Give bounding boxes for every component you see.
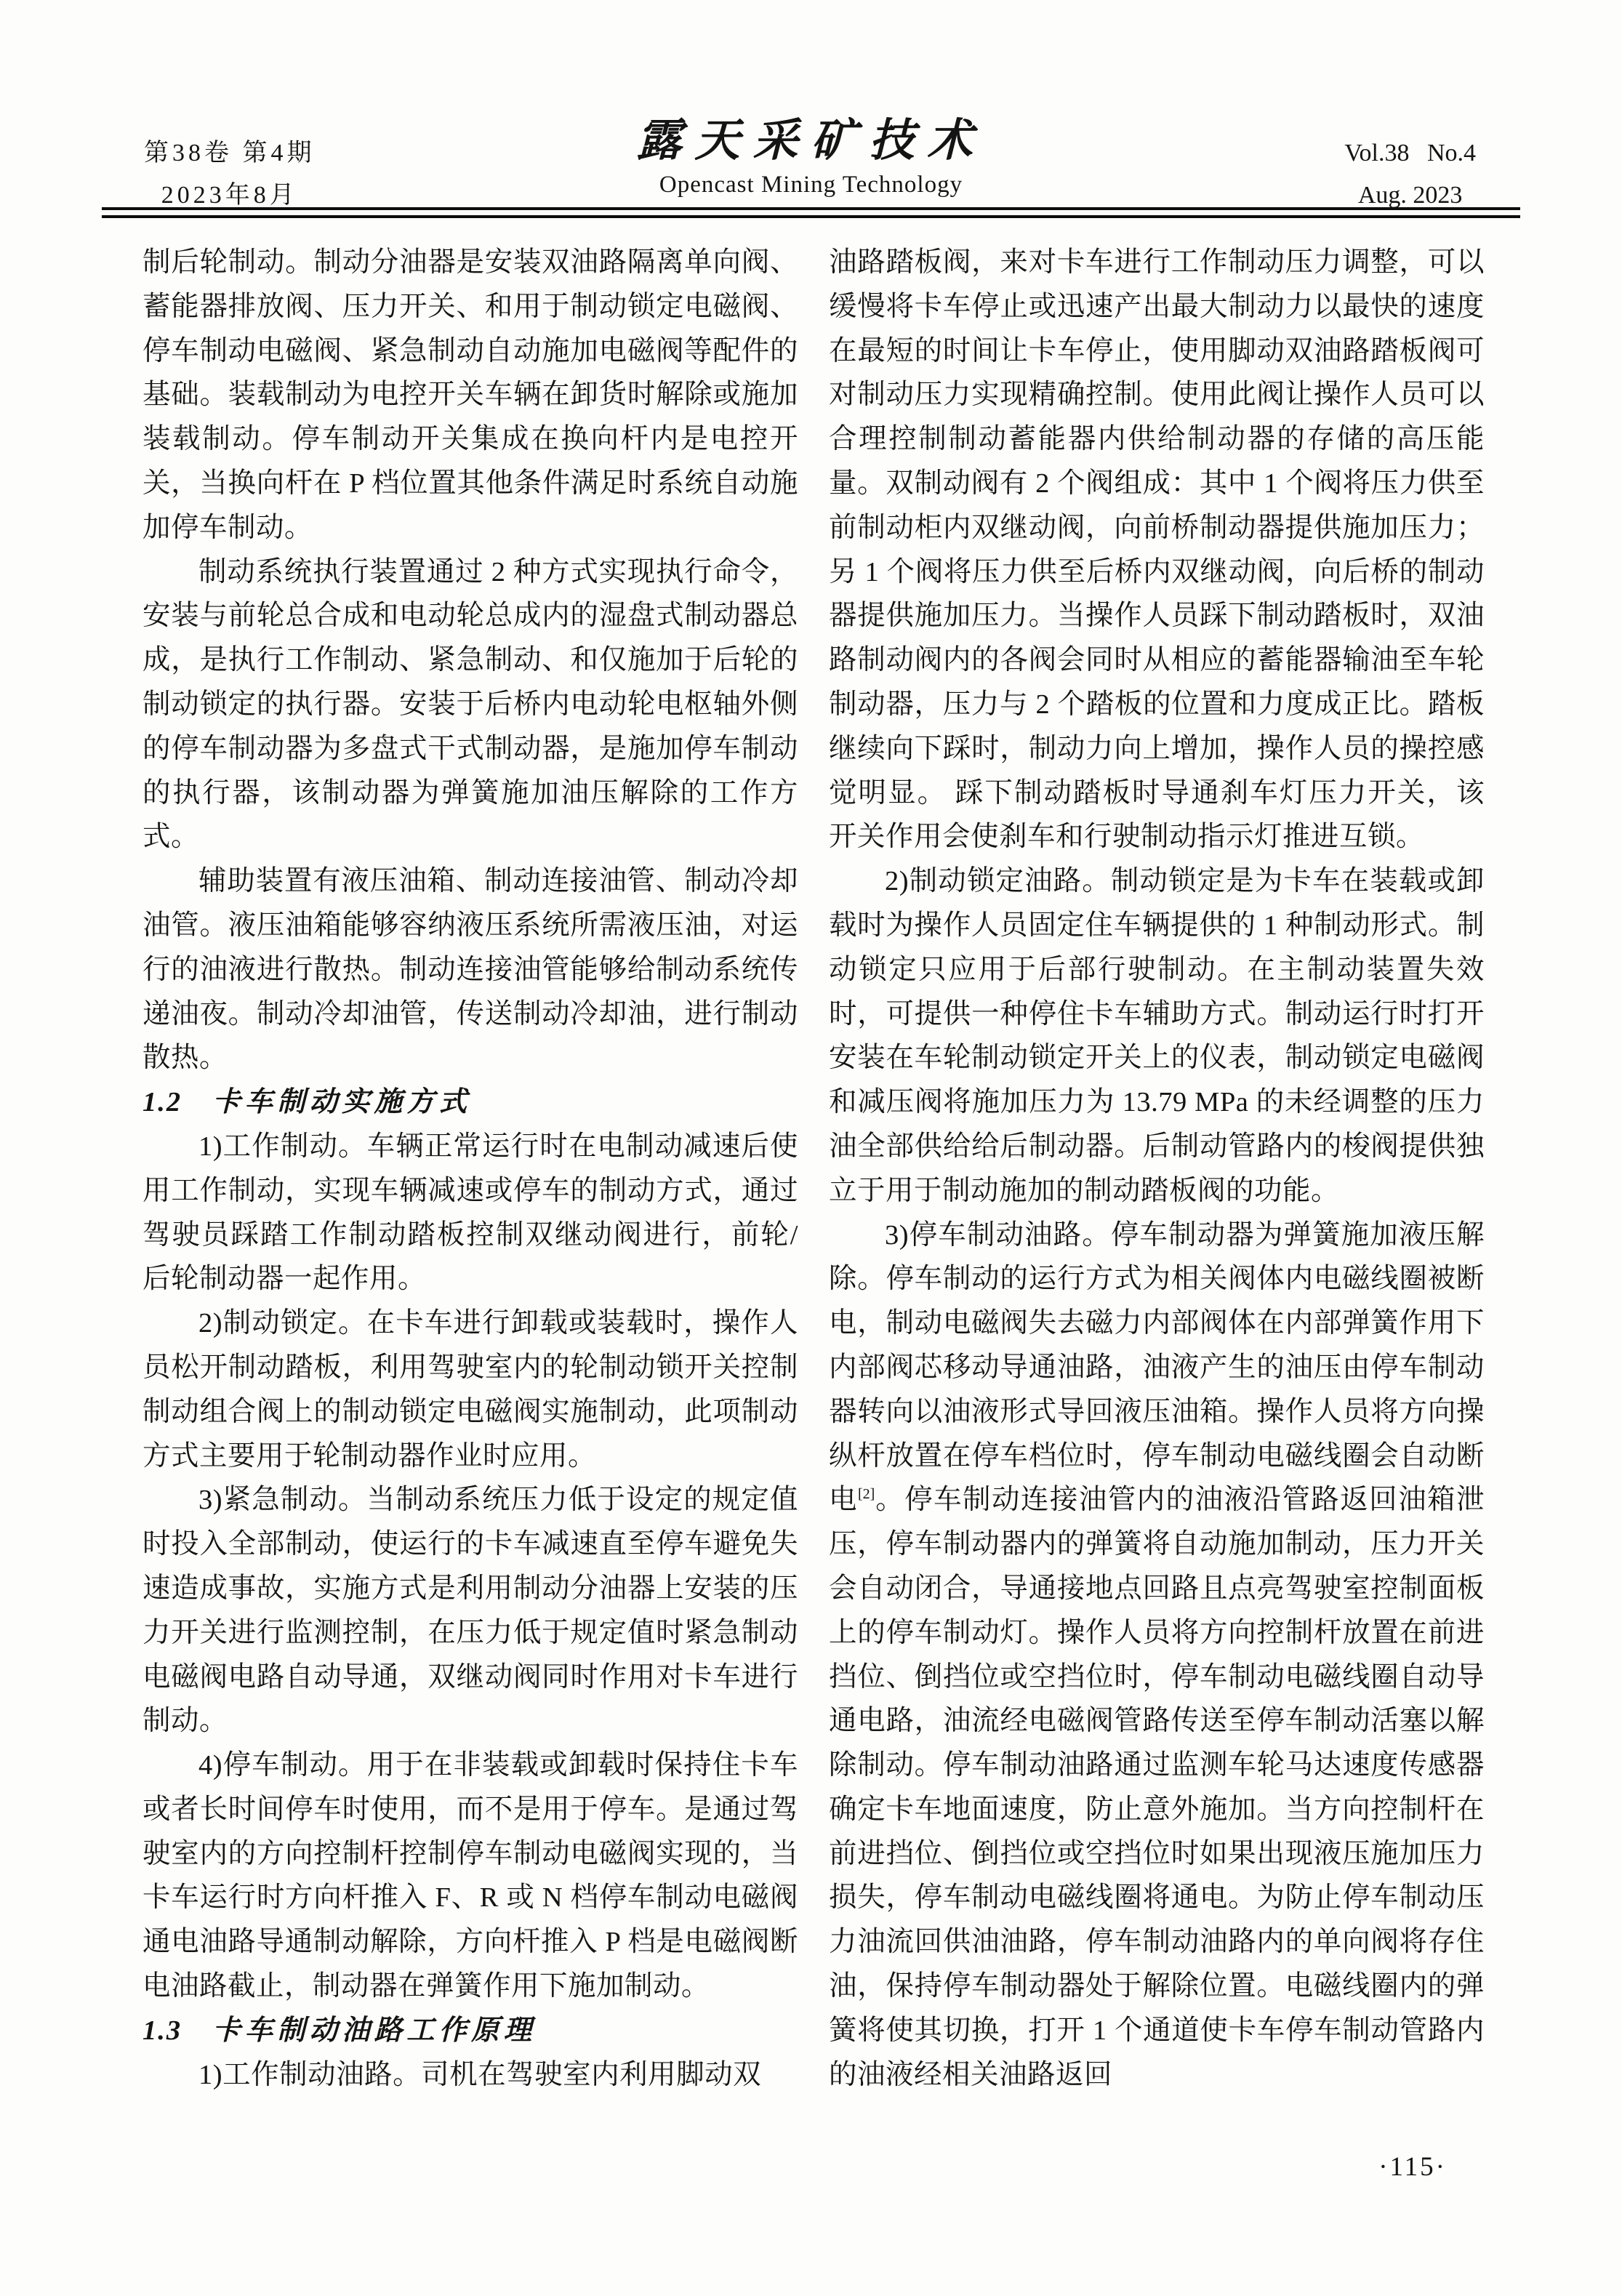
section-heading: 1.2卡车制动实施方式 [142, 1080, 798, 1125]
paragraph: 制后轮制动。制动分油器是安装双油路隔离单向阀、蓄能器排放阀、压力开关、和用于制动… [142, 241, 798, 550]
paragraph: 3)停车制动油路。停车制动器为弹簧施加液压解除。停车制动的运行方式为相关阀体内电… [829, 1213, 1485, 2098]
section-title: 卡车制动实施方式 [212, 1087, 471, 1117]
column-left: 制后轮制动。制动分油器是安装双油路隔离单向阀、蓄能器排放阀、压力开关、和用于制动… [142, 241, 798, 2097]
header-double-rule [102, 207, 1520, 218]
paragraph: 1)工作制动油路。司机在驾驶室内利用脚动双 [142, 2053, 798, 2098]
section-title: 卡车制动油路工作原理 [212, 2015, 536, 2046]
section-number: 1.3 [142, 2015, 182, 2046]
volume-issue-en: Vol.38 No.4 [1344, 132, 1476, 174]
section-number: 1.2 [142, 1087, 182, 1117]
footnote-ref-2: [2] [858, 1486, 875, 1502]
page-number: ·115· [829, 2145, 1485, 2189]
paragraph: 油路踏板阀，来对卡车进行工作制动压力调整，可以缓慢将卡车停止或迅速产出最大制动力… [829, 241, 1485, 859]
paragraph: 制动系统执行装置通过 2 种方式实现执行命令，安装与前轮总合成和电动轮总成内的湿… [142, 550, 798, 860]
paragraph: 4)停车制动。用于在非装载或卸载时保持住卡车或者长时间停车时使用，而不是用于停车… [142, 1743, 798, 2009]
section-heading: 1.3卡车制动油路工作原理 [142, 2009, 798, 2053]
paragraph: 辅助装置有液压油箱、制动连接油管、制动冷却油管。液压油箱能够容纳液压系统所需液压… [142, 859, 798, 1080]
paragraph: 2)制动锁定。在卡车进行卸载或装载时，操作人员松开制动踏板，利用驾驶室内的轮制动… [142, 1301, 798, 1478]
header-right-block: Vol.38 No.4 Aug. 2023 [1344, 132, 1476, 217]
paragraph: 3)紧急制动。当制动系统压力低于设定的规定值时投入全部制动，使运行的卡车减速直至… [142, 1478, 798, 1743]
column-right: 油路踏板阀，来对卡车进行工作制动压力调整，可以缓慢将卡车停止或迅速产出最大制动力… [829, 241, 1485, 2097]
paragraph: 2)制动锁定油路。制动锁定是为卡车在装载或卸载时为操作人员固定住车辆提供的 1 … [829, 859, 1485, 1213]
paragraph: 1)工作制动。车辆正常运行时在电制动减速后使用工作制动，实现车辆减速或停车的制动… [142, 1125, 798, 1301]
